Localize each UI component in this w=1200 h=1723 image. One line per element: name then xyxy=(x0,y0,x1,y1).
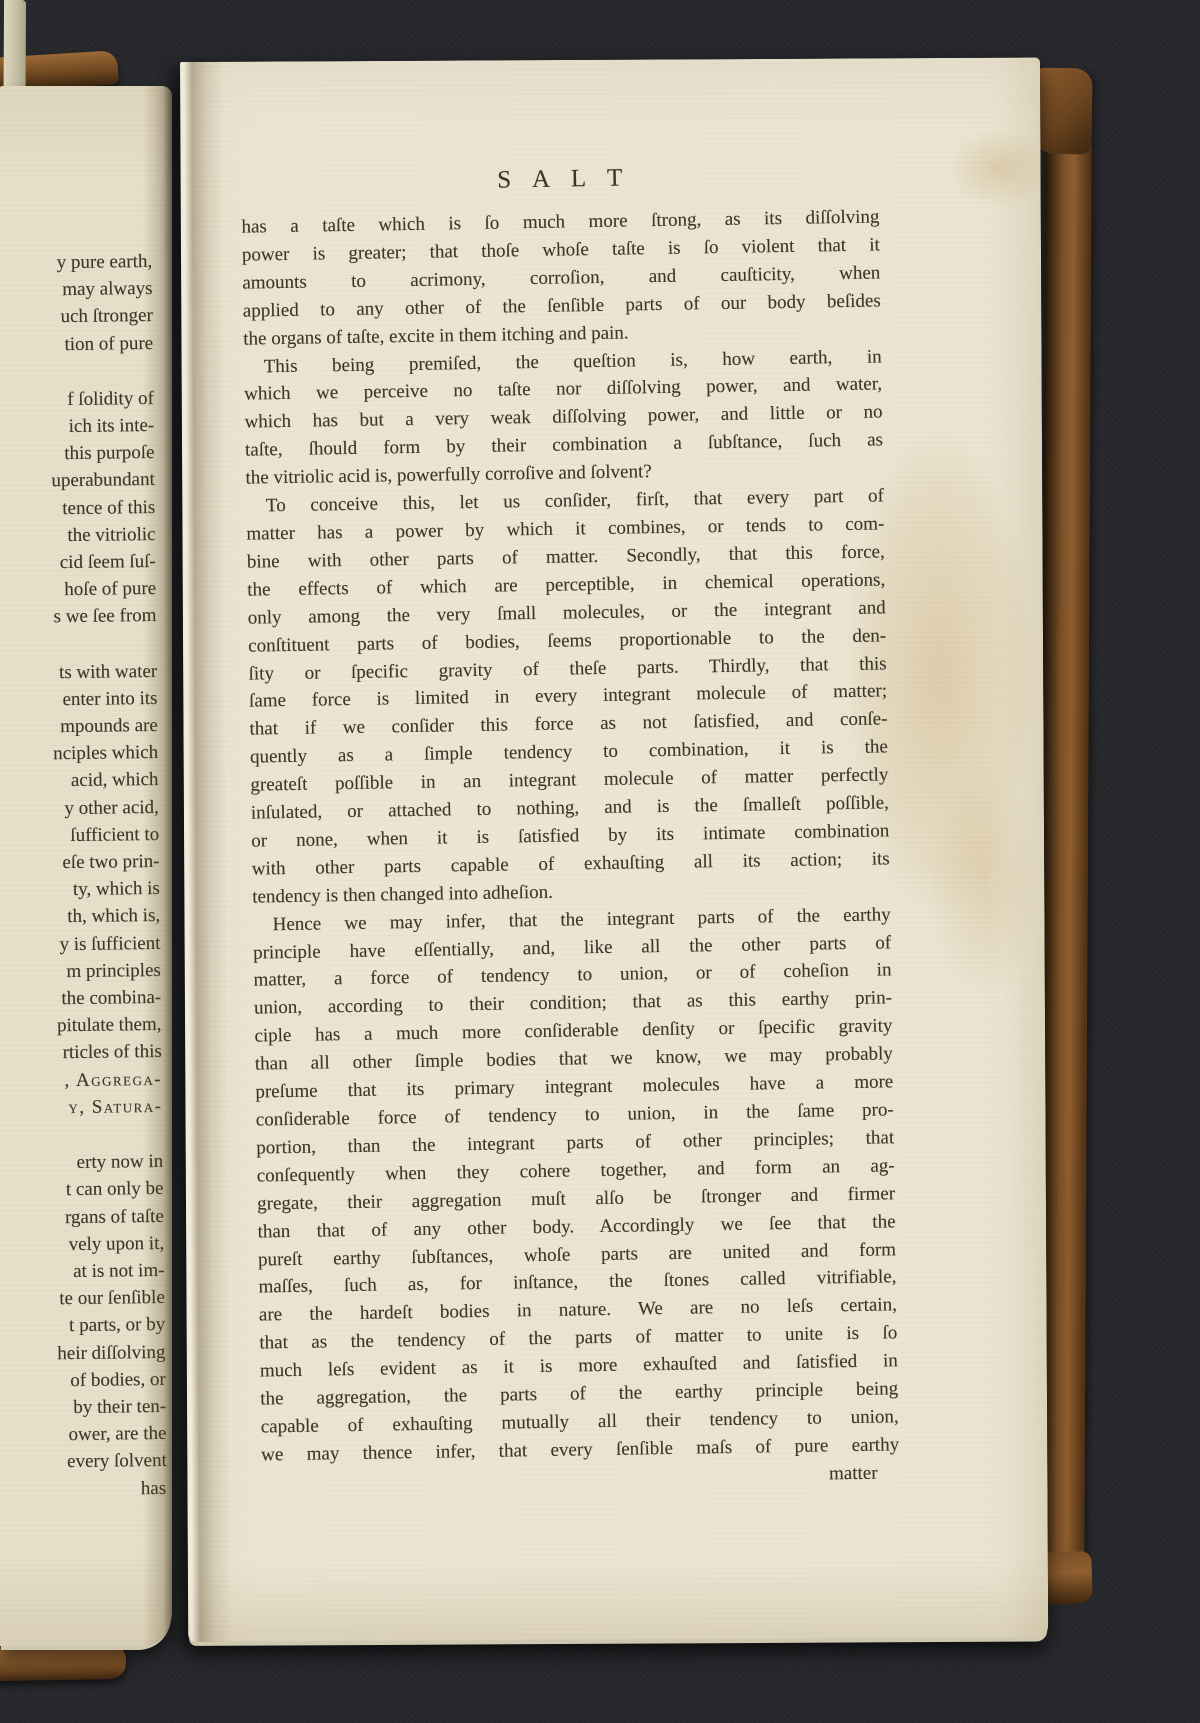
leather-spine-bottom-left xyxy=(0,1645,126,1681)
text-line: ich its inte- xyxy=(2,412,154,441)
text-line: t can only be xyxy=(11,1175,163,1204)
text-line: ſufficient to xyxy=(7,821,159,850)
text-line: s we ſee from xyxy=(4,602,156,631)
text-line: of bodies, or xyxy=(14,1366,166,1395)
text-line: by their ten- xyxy=(14,1393,166,1422)
text-line: eſe two prin- xyxy=(7,848,159,877)
text-line: pitulate them, xyxy=(9,1011,161,1040)
text-line: every ſolvent xyxy=(15,1447,167,1476)
left-page: y pure earth,may alwaysuch ſtrongertion … xyxy=(0,86,172,1646)
text-line: the combina- xyxy=(9,984,161,1013)
text-line: uperabundant xyxy=(3,466,155,495)
text-line: rgans of taſte xyxy=(12,1202,164,1231)
left-text-block: f ſolidity ofich its inte-this purpoſeup… xyxy=(2,385,157,632)
text-line: y, Satura- xyxy=(10,1093,162,1122)
text-line: , Aggrega- xyxy=(10,1066,162,1095)
text-line: f ſolidity of xyxy=(2,385,154,414)
text-line: enter into its xyxy=(5,685,157,714)
text-line: nciples which xyxy=(6,739,158,768)
right-page: S A L T has a taſte which is ſo much mor… xyxy=(180,57,1048,1641)
text-line: tence of this xyxy=(3,494,155,523)
text-line: m principles xyxy=(9,957,161,986)
left-text-block: y pure earth,may alwaysuch ſtrongertion … xyxy=(0,248,153,359)
text-line: th, which is, xyxy=(8,902,160,931)
text-line: tion of pure xyxy=(1,330,153,359)
leather-corner-top-right xyxy=(1031,67,1092,154)
page-header: S A L T xyxy=(241,159,879,199)
left-text-block: erty now int can only bergans of taſteve… xyxy=(11,1148,167,1476)
text-line: y other acid, xyxy=(7,794,159,823)
text-line: ty, which is xyxy=(8,875,160,904)
text-line: te our ſenſible xyxy=(13,1284,165,1313)
text-line: may always xyxy=(0,275,152,304)
text-line: cid ſeem ſuſ- xyxy=(4,548,156,577)
text-line: erty now in xyxy=(11,1148,163,1177)
left-page-text: y pure earth,may alwaysuch ſtrongertion … xyxy=(0,248,167,1503)
catchword-left: has xyxy=(15,1474,167,1503)
right-page-content: S A L T has a taſte which is ſo much mor… xyxy=(241,159,900,1497)
text-line: y pure earth, xyxy=(0,248,152,277)
text-line: t parts, or by xyxy=(13,1311,165,1340)
text-line: ts with water xyxy=(5,658,157,687)
right-page-text: has a taſte which is ſo much more ſtrong… xyxy=(241,203,899,1469)
text-line: mpounds are xyxy=(6,712,158,741)
text-line: rticles of this xyxy=(10,1038,162,1067)
text-line: ower, are the xyxy=(14,1420,166,1449)
text-line: at is not im- xyxy=(12,1257,164,1286)
left-text-block: ts with waterenter into itsmpounds arenc… xyxy=(5,658,163,1122)
text-line: this purpoſe xyxy=(2,439,154,468)
text-line: heir diſſolving xyxy=(13,1338,165,1367)
text-line: vely upon it, xyxy=(12,1230,164,1259)
text-line: the vitriolic xyxy=(3,521,155,550)
text-line: y is ſufficient xyxy=(8,930,160,959)
text-line: hoſe of pure xyxy=(4,575,156,604)
text-line: uch ſtronger xyxy=(1,302,153,331)
text-line: acid, which xyxy=(6,766,158,795)
